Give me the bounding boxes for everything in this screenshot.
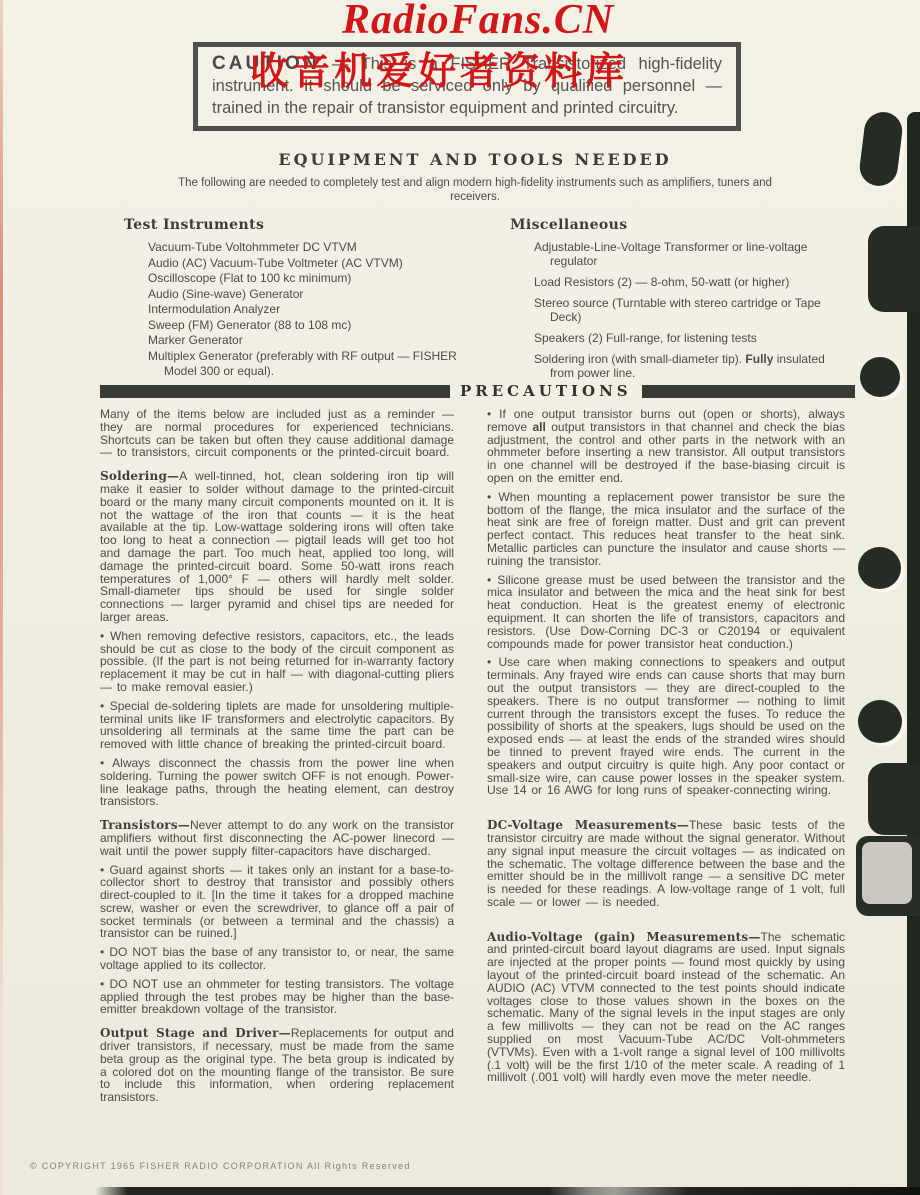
binder-hole-round-2 [858, 547, 901, 589]
binder-tab-lower [868, 763, 920, 835]
body-paragraph: Output Stage and Driver—Replacements for… [100, 1027, 454, 1104]
list-item: Audio (Sine-wave) Generator [148, 287, 478, 303]
body-paragraph: • Special de-soldering tiplets are made … [100, 700, 454, 751]
miscellaneous-column: Miscellaneous Adjustable-Line-Voltage Tr… [478, 217, 850, 387]
list-item: Intermodulation Analyzer [148, 302, 478, 318]
precautions-bar-left [100, 385, 450, 398]
list-item: Marker Generator [148, 333, 478, 349]
paragraph-text: • DO NOT use an ohmmeter for testing tra… [100, 977, 454, 1017]
test-instruments-column: Test Instruments Vacuum-Tube Voltohmmete… [100, 217, 478, 387]
precautions-bar-right [642, 385, 855, 398]
paragraph-text: • Use care when making connections to sp… [487, 655, 845, 797]
test-instruments-heading: Test Instruments [124, 217, 478, 233]
paragraph-text: • When mounting a replacement power tran… [487, 490, 845, 568]
body-paragraph: • If one output transistor burns out (op… [487, 408, 845, 485]
body-paragraph: Transistors—Never attempt to do any work… [100, 819, 454, 857]
list-item: Speakers (2) Full-range, for listening t… [534, 331, 850, 345]
copyright-line: © COPYRIGHT 1965 FISHER RADIO CORPORATIO… [30, 1161, 411, 1171]
body-paragraph: • Use care when making connections to sp… [487, 656, 845, 797]
paragraph-text: • When removing defective resistors, cap… [100, 629, 454, 694]
paragraph-text: • Silicone grease must be used between t… [487, 573, 845, 651]
body-paragraph: Soldering—A well-tinned, hot, clean sold… [100, 470, 454, 624]
paragraph-text: • If one output transistor burns out (op… [487, 407, 845, 485]
body-paragraph: • When mounting a replacement power tran… [487, 491, 845, 568]
scan-edge-left [0, 0, 3, 1195]
paragraph-text: A well-tinned, hot, clean soldering iron… [100, 469, 454, 624]
list-item: Stereo source (Turntable with stereo car… [534, 296, 850, 324]
list-item: Load Resistors (2) — 8-ohm, 50-watt (or … [534, 275, 850, 289]
paragraph-text: The schematic and printed-circuit board … [487, 930, 845, 1085]
miscellaneous-list: Adjustable-Line-Voltage Transformer or l… [510, 240, 850, 380]
body-paragraph: • When removing defective resistors, cap… [100, 630, 454, 694]
body-paragraph: Audio-Voltage (gain) Measurements—The sc… [487, 931, 845, 1085]
paragraph-text: • Guard against shorts — it takes only a… [100, 863, 454, 941]
precautions-right-column: • If one output transistor burns out (op… [487, 408, 845, 1090]
list-item: Audio (AC) Vacuum-Tube Voltmeter (AC VTV… [148, 256, 478, 272]
paragraph-text: These basic tests of the transistor circ… [487, 818, 845, 909]
binder-hole-round-1 [860, 357, 900, 397]
list-item: Soldering iron (with small-diameter tip)… [534, 352, 850, 380]
equipment-title: EQUIPMENT AND TOOLS NEEDED [100, 150, 850, 169]
list-item: Vacuum-Tube Voltohmmeter DC VTVM [148, 240, 478, 256]
binder-tab-upper [868, 226, 920, 312]
paragraph-text: Many of the items below are included jus… [100, 407, 454, 459]
binder-tab-gray [862, 842, 912, 904]
paragraph-text: • DO NOT bias the base of any transistor… [100, 945, 454, 972]
list-item: Multiplex Generator (preferably with RF … [148, 349, 478, 380]
body-paragraph: • DO NOT bias the base of any transistor… [100, 946, 454, 972]
miscellaneous-heading: Miscellaneous [510, 217, 850, 233]
body-paragraph: Many of the items below are included jus… [100, 408, 454, 459]
scanned-manual-page: RadioFans.CN 收音机爱好者资料库 CAUTION — This is… [0, 0, 920, 1195]
equipment-section: EQUIPMENT AND TOOLS NEEDED The following… [100, 150, 850, 387]
watermark-line2: 收音机爱好者资料库 [250, 40, 628, 95]
paragraph-text: • Special de-soldering tiplets are made … [100, 699, 454, 751]
precautions-label: PRECAUTIONS [460, 382, 632, 400]
list-item: Adjustable-Line-Voltage Transformer or l… [534, 240, 850, 268]
binder-hole-round-3 [858, 700, 902, 743]
precautions-header: PRECAUTIONS [100, 382, 855, 400]
body-paragraph: DC-Voltage Measurements—These basic test… [487, 819, 845, 909]
list-item: Oscilloscope (Flat to 100 kc minimum) [148, 271, 478, 287]
test-instruments-list: Vacuum-Tube Voltohmmeter DC VTVM Audio (… [124, 240, 478, 380]
paragraph-text: • Always disconnect the chassis from the… [100, 756, 454, 808]
scan-bottom-band [95, 1187, 920, 1195]
body-paragraph: • DO NOT use an ohmmeter for testing tra… [100, 978, 454, 1016]
body-paragraph: • Silicone grease must be used between t… [487, 574, 845, 651]
binder-hole-oblong [858, 110, 905, 188]
body-paragraph: • Guard against shorts — it takes only a… [100, 864, 454, 941]
watermark-line1: RadioFans.CN [342, 0, 614, 44]
body-paragraph: • Always disconnect the chassis from the… [100, 757, 454, 808]
equipment-subtitle: The following are needed to completely t… [155, 176, 795, 204]
precautions-left-column: Many of the items below are included jus… [100, 408, 454, 1110]
equipment-columns: Test Instruments Vacuum-Tube Voltohmmete… [100, 217, 850, 387]
list-item: Sweep (FM) Generator (88 to 108 mc) [148, 318, 478, 334]
